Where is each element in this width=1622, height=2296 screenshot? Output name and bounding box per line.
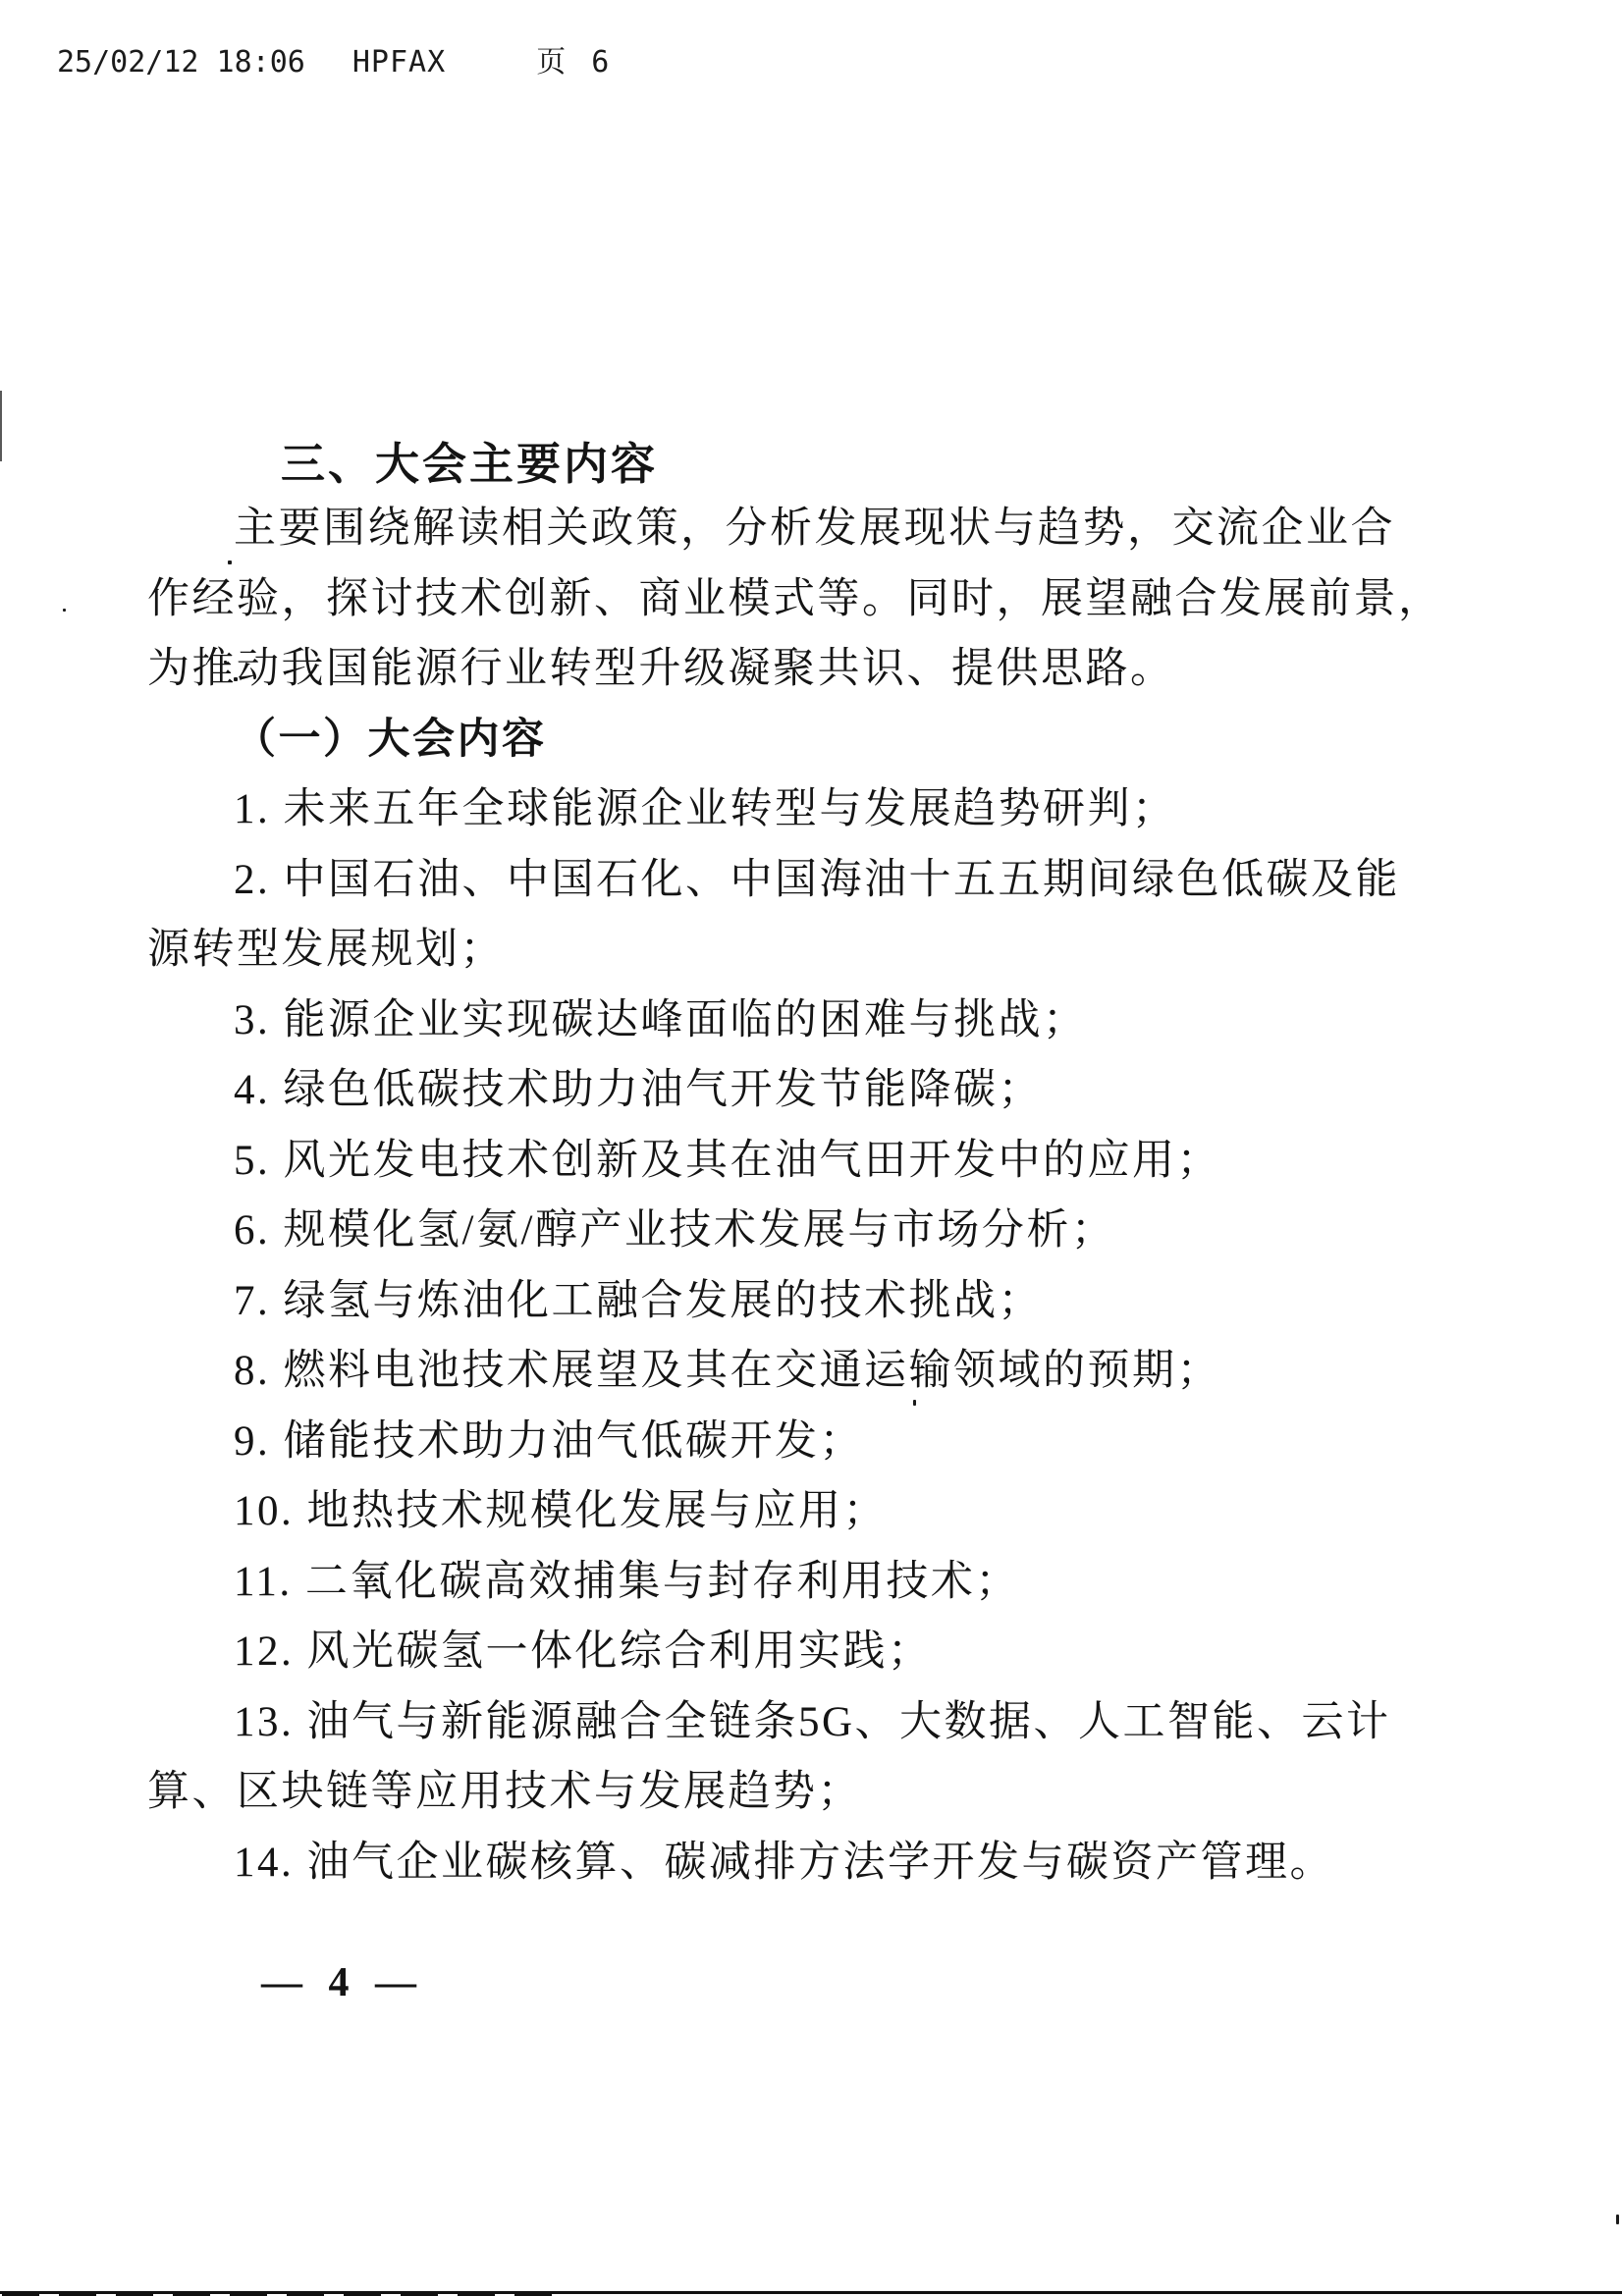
scan-artifact-speck [228, 561, 232, 564]
scan-artifact-speck [234, 677, 238, 681]
list-item: 7. 绿氢与炼油化工融合发展的技术挑战； [147, 1266, 1522, 1337]
list-item: 1. 未来五年全球能源企业转型与发展趋势研判； [147, 774, 1522, 845]
scan-artifact-speck [609, 662, 612, 665]
list-item: 3. 能源企业实现碳达峰面临的困难与挑战； [147, 986, 1522, 1056]
scan-artifact-bottom-dashes [2, 2291, 552, 2296]
scan-artifact-speck [1616, 2215, 1619, 2224]
fax-document-page: 25/02/12 18:06HPFAX页 6 三、大会主要内容 主要围绕解读相关… [0, 0, 1622, 2296]
list-item: 10. 地热技术规模化发展与应用； [147, 1476, 1522, 1547]
fax-header: 25/02/12 18:06HPFAX页 6 [57, 37, 613, 80]
list-item: 6. 规模化氢/氨/醇产业技术发展与市场分析； [147, 1196, 1522, 1266]
list-item: 11. 二氧化碳高效捕集与封存利用技术； [147, 1547, 1522, 1618]
fax-page-label: 页 6 [536, 45, 613, 80]
paragraph-line: 作经验，探讨技术创新、商业模式等。同时，展望融合发展前景， [147, 564, 1522, 635]
scan-artifact-edge-mark [0, 391, 2, 461]
fax-datetime: 25/02/12 18:06 [57, 45, 305, 80]
list-item: 8. 燃料电池技术展望及其在交通运输领域的预期； [147, 1336, 1522, 1407]
page-number: — 4 — [261, 1959, 424, 2006]
fax-device-name: HPFAX [352, 45, 446, 80]
list-item-continuation: 算、区块链等应用技术与发展趋势； [147, 1757, 1522, 1828]
subsection-title: （一）大会内容 [147, 705, 1522, 775]
list-item: 13. 油气与新能源融合全链条5G、大数据、人工智能、云计 [147, 1687, 1522, 1758]
list-item: 9. 储能技术助力油气低碳开发； [147, 1407, 1522, 1477]
list-item: 4. 绿色低碳技术助力油气开发节能降碳； [147, 1055, 1522, 1126]
list-item: 5. 风光发电技术创新及其在油气田开发中的应用； [147, 1126, 1522, 1197]
list-item: 14. 油气企业碳核算、碳减排方法学开发与碳资产管理。 [147, 1828, 1522, 1898]
list-item: 2. 中国石油、中国石化、中国海油十五五期间绿色低碳及能 [147, 845, 1522, 916]
scan-artifact-speck [63, 609, 66, 612]
section-title: 三、大会主要内容 [281, 428, 658, 492]
paragraph-line: 主要围绕解读相关政策，分析发展现状与趋势，交流企业合 [147, 494, 1522, 564]
scan-artifact-speck [913, 1400, 916, 1406]
paragraph-line: 为推动我国能源行业转型升级凝聚共识、提供思路。 [147, 634, 1522, 705]
scan-artifact-speck [224, 661, 227, 664]
list-item: 12. 风光碳氢一体化综合利用实践； [147, 1617, 1522, 1687]
document-body: 主要围绕解读相关政策，分析发展现状与趋势，交流企业合 作经验，探讨技术创新、商业… [147, 494, 1522, 1897]
list-item-continuation: 源转型发展规划； [147, 915, 1522, 986]
